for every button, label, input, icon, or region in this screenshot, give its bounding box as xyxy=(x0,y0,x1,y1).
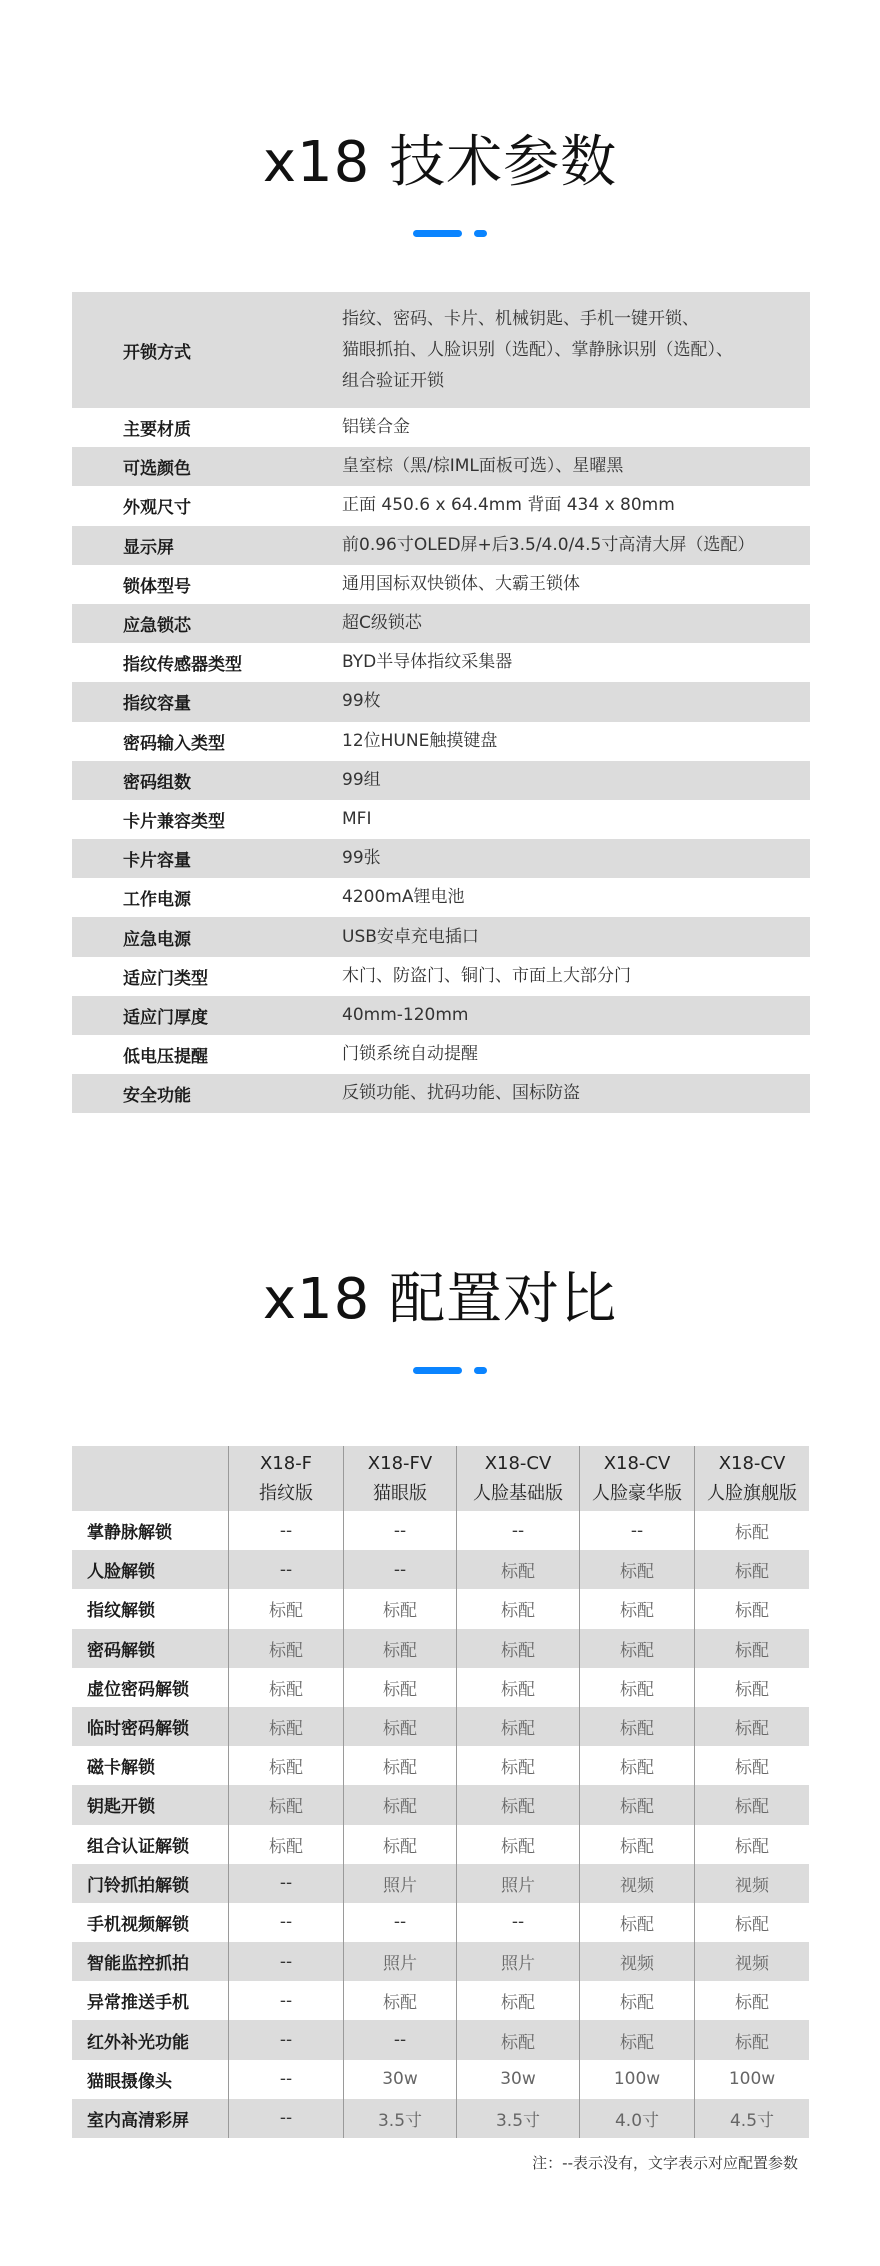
feature-value-cell: 标配 xyxy=(228,1785,343,1824)
spec-value: 99枚 xyxy=(342,686,810,717)
comparison-header-row: X18-F指纹版X18-FV猫眼版X18-CV人脸基础版X18-CV人脸豪华版X… xyxy=(72,1446,809,1511)
feature-value-cell: 标配 xyxy=(694,1589,809,1628)
feature-value-cell: 标配 xyxy=(579,1825,694,1864)
feature-label: 室内高清彩屏 xyxy=(72,2099,228,2138)
feature-label: 手机视频解锁 xyxy=(72,1903,228,1942)
feature-value-cell: 标配 xyxy=(694,1629,809,1668)
spec-label: 外观尺寸 xyxy=(72,493,342,518)
spec-value: 反锁功能、扰码功能、国标防盗 xyxy=(342,1078,810,1109)
model-name: X18-CV xyxy=(485,1449,552,1479)
feature-label: 智能监控抓拍 xyxy=(72,1942,228,1981)
feature-value-cell: 标配 xyxy=(456,1550,579,1589)
feature-value-cell: 标配 xyxy=(228,1668,343,1707)
spec-label: 密码组数 xyxy=(72,768,342,793)
spec-row: 指纹容量99枚 xyxy=(72,682,810,721)
spec-value: 门锁系统自动提醒 xyxy=(342,1039,810,1070)
feature-value-cell: 视频 xyxy=(694,1864,809,1903)
feature-value-cell: 标配 xyxy=(694,1981,809,2020)
feature-value-cell: 100w xyxy=(694,2060,809,2099)
comparison-table: X18-F指纹版X18-FV猫眼版X18-CV人脸基础版X18-CV人脸豪华版X… xyxy=(72,1446,809,2138)
spec-value: 4200mA锂电池 xyxy=(342,882,810,913)
feature-value-cell: 30w xyxy=(456,2060,579,2099)
feature-value-cell: 标配 xyxy=(228,1629,343,1668)
spec-label: 密码输入类型 xyxy=(72,729,342,754)
feature-value-cell: 标配 xyxy=(228,1746,343,1785)
feature-value-cell: 标配 xyxy=(456,1825,579,1864)
accent-bar-long xyxy=(413,1367,462,1374)
feature-value-cell: -- xyxy=(228,2099,343,2138)
spec-value: BYD半导体指纹采集器 xyxy=(342,647,810,678)
accent-bar-short xyxy=(474,1367,487,1374)
spec-label: 可选颜色 xyxy=(72,454,342,479)
spec-label: 锁体型号 xyxy=(72,572,342,597)
spec-value: 99张 xyxy=(342,843,810,874)
spec-row: 卡片容量99张 xyxy=(72,839,810,878)
spec-label: 工作电源 xyxy=(72,885,342,910)
model-edition: 猫眼版 xyxy=(373,1479,427,1509)
feature-value-cell: 标配 xyxy=(456,1668,579,1707)
feature-value-cell: 标配 xyxy=(343,1785,456,1824)
feature-label: 组合认证解锁 xyxy=(72,1825,228,1864)
spec-value: 正面 450.6 x 64.4mm 背面 434 x 80mm xyxy=(342,490,810,521)
spec-row: 指纹传感器类型BYD半导体指纹采集器 xyxy=(72,643,810,682)
spec-value: USB安卓充电插口 xyxy=(342,922,810,953)
comparison-row: 红外补光功能----标配标配标配 xyxy=(72,2020,809,2059)
spec-value: 木门、防盗门、铜门、市面上大部分门 xyxy=(342,961,810,992)
feature-label: 猫眼摄像头 xyxy=(72,2060,228,2099)
feature-value-cell: 标配 xyxy=(579,1629,694,1668)
comparison-row: 钥匙开锁标配标配标配标配标配 xyxy=(72,1785,809,1824)
spec-row: 外观尺寸正面 450.6 x 64.4mm 背面 434 x 80mm xyxy=(72,486,810,525)
feature-value-cell: 视频 xyxy=(579,1864,694,1903)
spec-value: 前0.96寸OLED屏+后3.5/4.0/4.5寸高清大屏（选配） xyxy=(342,530,810,561)
feature-label: 密码解锁 xyxy=(72,1629,228,1668)
comparison-row: 组合认证解锁标配标配标配标配标配 xyxy=(72,1825,809,1864)
feature-value-cell: 4.5寸 xyxy=(694,2099,809,2138)
spec-row: 应急锁芯超C级锁芯 xyxy=(72,604,810,643)
comparison-row: 密码解锁标配标配标配标配标配 xyxy=(72,1629,809,1668)
feature-value-cell: 标配 xyxy=(343,1629,456,1668)
title-underline-decoration xyxy=(0,230,880,237)
model-column-header: X18-CV人脸豪华版 xyxy=(579,1446,694,1511)
feature-value-cell: 标配 xyxy=(456,1785,579,1824)
comparison-row: 门铃抓拍解锁--照片照片视频视频 xyxy=(72,1864,809,1903)
comparison-title: x18 配置对比 xyxy=(0,1265,880,1335)
spec-label: 应急锁芯 xyxy=(72,611,342,636)
spec-value: 超C级锁芯 xyxy=(342,608,810,639)
feature-value-cell: 标配 xyxy=(456,1981,579,2020)
feature-label: 磁卡解锁 xyxy=(72,1746,228,1785)
feature-value-cell: 标配 xyxy=(694,1550,809,1589)
feature-value-cell: 标配 xyxy=(694,1903,809,1942)
accent-bar-short xyxy=(474,230,487,237)
feature-value-cell: 标配 xyxy=(343,1981,456,2020)
spec-value-line: 组合验证开锁 xyxy=(342,366,810,397)
feature-value-cell: 标配 xyxy=(694,1668,809,1707)
feature-value-cell: 标配 xyxy=(343,1589,456,1628)
feature-value-cell: -- xyxy=(228,1511,343,1550)
feature-value-cell: 标配 xyxy=(579,1589,694,1628)
comparison-row: 指纹解锁标配标配标配标配标配 xyxy=(72,1589,809,1628)
spec-value: MFI xyxy=(342,804,810,835)
spec-label: 低电压提醒 xyxy=(72,1042,342,1067)
model-edition: 人脸基础版 xyxy=(473,1479,563,1509)
feature-value-cell: 照片 xyxy=(343,1864,456,1903)
spec-label: 卡片容量 xyxy=(72,846,342,871)
feature-label: 异常推送手机 xyxy=(72,1981,228,2020)
accent-bar-long xyxy=(413,230,462,237)
title-underline-decoration xyxy=(0,1367,880,1374)
feature-value-cell: -- xyxy=(228,2060,343,2099)
feature-value-cell: 标配 xyxy=(579,1903,694,1942)
feature-label: 门铃抓拍解锁 xyxy=(72,1864,228,1903)
feature-value-cell: 标配 xyxy=(456,1589,579,1628)
comparison-row: 手机视频解锁------标配标配 xyxy=(72,1903,809,1942)
spec-row: 应急电源USB安卓充电插口 xyxy=(72,917,810,956)
feature-label: 钥匙开锁 xyxy=(72,1785,228,1824)
model-edition: 指纹版 xyxy=(259,1479,313,1509)
feature-value-cell: 4.0寸 xyxy=(579,2099,694,2138)
model-column-header: X18-CV人脸旗舰版 xyxy=(694,1446,809,1511)
feature-value-cell: -- xyxy=(579,1511,694,1550)
feature-value-cell: -- xyxy=(228,1864,343,1903)
spec-row: 密码组数99组 xyxy=(72,761,810,800)
feature-value-cell: 标配 xyxy=(228,1589,343,1628)
feature-value-cell: 标配 xyxy=(343,1707,456,1746)
spec-value: 铝镁合金 xyxy=(342,412,810,443)
spec-label: 适应门类型 xyxy=(72,964,342,989)
feature-label: 红外补光功能 xyxy=(72,2020,228,2059)
feature-value-cell: 标配 xyxy=(694,1785,809,1824)
spec-value: 皇室棕（黑/棕IML面板可选）、星曜黑 xyxy=(342,451,810,482)
spec-label: 安全功能 xyxy=(72,1081,342,1106)
feature-value-cell: 标配 xyxy=(343,1825,456,1864)
spec-row: 主要材质铝镁合金 xyxy=(72,408,810,447)
feature-value-cell: 标配 xyxy=(694,1707,809,1746)
spec-label: 开锁方式 xyxy=(72,338,342,363)
spec-row: 工作电源4200mA锂电池 xyxy=(72,878,810,917)
feature-value-cell: 标配 xyxy=(579,1981,694,2020)
comparison-row: 临时密码解锁标配标配标配标配标配 xyxy=(72,1707,809,1746)
feature-label: 指纹解锁 xyxy=(72,1589,228,1628)
feature-value-cell: 标配 xyxy=(343,1746,456,1785)
feature-label: 人脸解锁 xyxy=(72,1550,228,1589)
feature-label: 掌静脉解锁 xyxy=(72,1511,228,1550)
spec-label: 指纹传感器类型 xyxy=(72,650,342,675)
model-name: X18-CV xyxy=(604,1449,671,1479)
feature-value-cell: -- xyxy=(456,1903,579,1942)
spec-value: 指纹、密码、卡片、机械钥匙、手机一键开锁、猫眼抓拍、人脸识别（选配）、掌静脉识别… xyxy=(342,304,810,397)
feature-value-cell: 标配 xyxy=(456,1629,579,1668)
feature-value-cell: 标配 xyxy=(579,1746,694,1785)
model-name: X18-CV xyxy=(719,1449,786,1479)
spec-label: 指纹容量 xyxy=(72,689,342,714)
feature-value-cell: -- xyxy=(228,1981,343,2020)
feature-value-cell: 标配 xyxy=(228,1707,343,1746)
feature-label: 虚位密码解锁 xyxy=(72,1668,228,1707)
feature-value-cell: 标配 xyxy=(228,1825,343,1864)
spec-label: 适应门厚度 xyxy=(72,1003,342,1028)
feature-value-cell: 标配 xyxy=(579,1785,694,1824)
feature-value-cell: -- xyxy=(343,2020,456,2059)
comparison-footnote: 注：--表示没有，文字表示对应配置参数 xyxy=(532,2152,798,2173)
feature-value-cell: -- xyxy=(343,1903,456,1942)
model-edition: 人脸旗舰版 xyxy=(707,1479,797,1509)
feature-value-cell: 标配 xyxy=(456,2020,579,2059)
feature-label: 临时密码解锁 xyxy=(72,1707,228,1746)
feature-value-cell: 30w xyxy=(343,2060,456,2099)
feature-value-cell: -- xyxy=(228,1550,343,1589)
spec-row: 显示屏前0.96寸OLED屏+后3.5/4.0/4.5寸高清大屏（选配） xyxy=(72,526,810,565)
feature-value-cell: 标配 xyxy=(456,1746,579,1785)
comparison-row: 异常推送手机--标配标配标配标配 xyxy=(72,1981,809,2020)
feature-value-cell: -- xyxy=(343,1550,456,1589)
model-column-header: X18-F指纹版 xyxy=(228,1446,343,1511)
tech-specs-title: x18 技术参数 xyxy=(0,128,880,198)
spec-value-line: 猫眼抓拍、人脸识别（选配）、掌静脉识别（选配）、 xyxy=(342,335,810,366)
feature-value-cell: 标配 xyxy=(694,1511,809,1550)
spec-value: 99组 xyxy=(342,765,810,796)
feature-value-cell: 标配 xyxy=(694,1825,809,1864)
spec-row: 适应门类型木门、防盗门、铜门、市面上大部分门 xyxy=(72,957,810,996)
spec-row: 开锁方式指纹、密码、卡片、机械钥匙、手机一键开锁、猫眼抓拍、人脸识别（选配）、掌… xyxy=(72,292,810,408)
spec-value: 通用国标双快锁体、大霸王锁体 xyxy=(342,569,810,600)
model-name: X18-F xyxy=(260,1449,312,1479)
spec-row: 密码输入类型12位HUNE触摸键盘 xyxy=(72,722,810,761)
feature-value-cell: 3.5寸 xyxy=(456,2099,579,2138)
feature-value-cell: 照片 xyxy=(456,1942,579,1981)
spec-value: 12位HUNE触摸键盘 xyxy=(342,726,810,757)
feature-value-cell: -- xyxy=(228,1903,343,1942)
spec-row: 安全功能反锁功能、扰码功能、国标防盗 xyxy=(72,1074,810,1113)
model-column-header: X18-FV猫眼版 xyxy=(343,1446,456,1511)
comparison-row: 智能监控抓拍--照片照片视频视频 xyxy=(72,1942,809,1981)
feature-value-cell: 标配 xyxy=(579,1707,694,1746)
feature-value-cell: -- xyxy=(228,1942,343,1981)
spec-value-line: 指纹、密码、卡片、机械钥匙、手机一键开锁、 xyxy=(342,304,810,335)
spec-row: 可选颜色皇室棕（黑/棕IML面板可选）、星曜黑 xyxy=(72,447,810,486)
feature-value-cell: 标配 xyxy=(694,2020,809,2059)
feature-value-cell: 3.5寸 xyxy=(343,2099,456,2138)
feature-value-cell: 标配 xyxy=(343,1668,456,1707)
spec-row: 低电压提醒门锁系统自动提醒 xyxy=(72,1035,810,1074)
feature-value-cell: 视频 xyxy=(579,1942,694,1981)
feature-value-cell: 标配 xyxy=(456,1707,579,1746)
feature-value-cell: 视频 xyxy=(694,1942,809,1981)
spec-label: 卡片兼容类型 xyxy=(72,807,342,832)
feature-value-cell: -- xyxy=(343,1511,456,1550)
header-corner-cell xyxy=(72,1446,228,1511)
feature-value-cell: -- xyxy=(228,2020,343,2059)
comparison-row: 人脸解锁----标配标配标配 xyxy=(72,1550,809,1589)
comparison-row: 虚位密码解锁标配标配标配标配标配 xyxy=(72,1668,809,1707)
feature-value-cell: 标配 xyxy=(579,2020,694,2059)
feature-value-cell: 100w xyxy=(579,2060,694,2099)
spec-label: 应急电源 xyxy=(72,925,342,950)
feature-value-cell: 标配 xyxy=(579,1550,694,1589)
comparison-row: 猫眼摄像头--30w30w100w100w xyxy=(72,2060,809,2099)
model-name: X18-FV xyxy=(368,1449,432,1479)
model-edition: 人脸豪华版 xyxy=(592,1479,682,1509)
feature-value-cell: 照片 xyxy=(343,1942,456,1981)
feature-value-cell: 标配 xyxy=(694,1746,809,1785)
feature-value-cell: -- xyxy=(456,1511,579,1550)
comparison-row: 磁卡解锁标配标配标配标配标配 xyxy=(72,1746,809,1785)
spec-row: 锁体型号通用国标双快锁体、大霸王锁体 xyxy=(72,565,810,604)
comparison-row: 掌静脉解锁--------标配 xyxy=(72,1511,809,1550)
feature-value-cell: 照片 xyxy=(456,1864,579,1903)
spec-row: 适应门厚度40mm-120mm xyxy=(72,996,810,1035)
spec-row: 卡片兼容类型MFI xyxy=(72,800,810,839)
spec-value: 40mm-120mm xyxy=(342,1000,810,1031)
spec-label: 显示屏 xyxy=(72,533,342,558)
comparison-row: 室内高清彩屏--3.5寸3.5寸4.0寸4.5寸 xyxy=(72,2099,809,2138)
feature-value-cell: 标配 xyxy=(579,1668,694,1707)
model-column-header: X18-CV人脸基础版 xyxy=(456,1446,579,1511)
spec-label: 主要材质 xyxy=(72,415,342,440)
tech-specs-table: 开锁方式指纹、密码、卡片、机械钥匙、手机一键开锁、猫眼抓拍、人脸识别（选配）、掌… xyxy=(72,292,810,1113)
